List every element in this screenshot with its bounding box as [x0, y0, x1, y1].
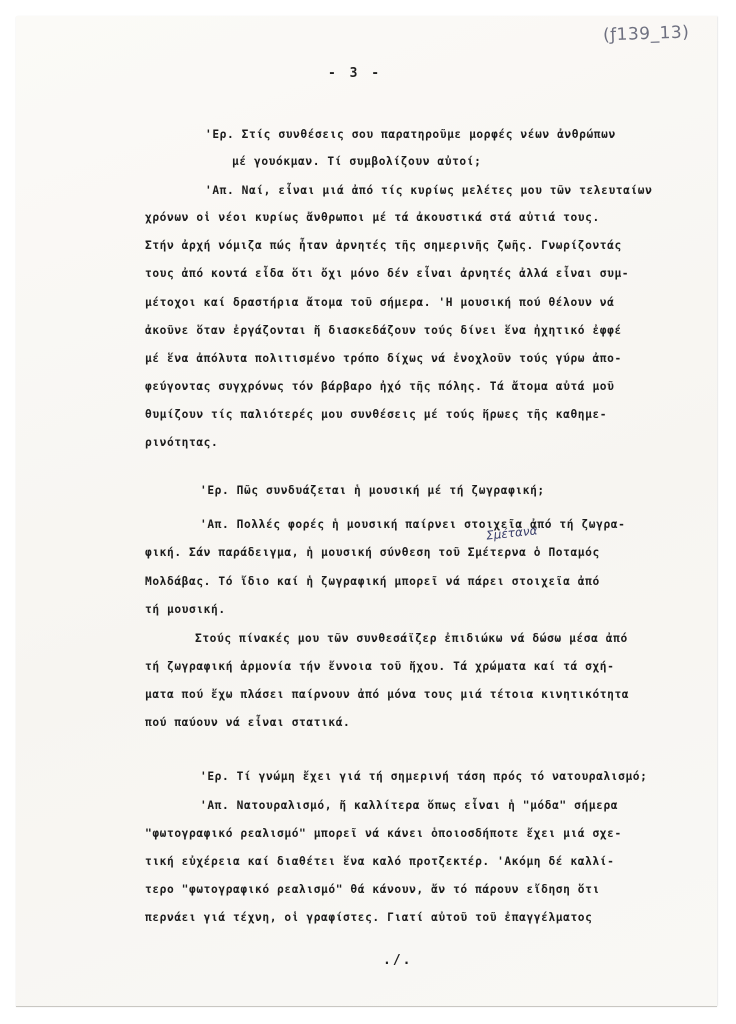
text-line: μέ γουόκμαν. Τί συμβολίζουν αὐτοί; [232, 155, 481, 169]
continuation-mark: ./. [383, 953, 412, 968]
text-line: 'Ερ. Στίς συνθέσεις σου παρατηροῦμε μορφ… [205, 128, 616, 142]
text-line: χρόνων οἱ νέοι κυρίως ἄνθρωποι μέ τά ἀκο… [145, 211, 600, 225]
text-line: 'Ερ. Πῶς συνδυάζεται ἡ μουσική μέ τή ζωγ… [200, 484, 545, 498]
text-line: τή ζωγραφική ἁρμονία τήν ἔννοια τοῦ ἤχου… [145, 660, 614, 674]
text-line: ρινότητας. [145, 436, 218, 450]
text-line: 'Απ. Ναί, εἶναι μιά ἀπό τίς κυρίως μελέτ… [205, 184, 652, 198]
text-line: μέ ἕνα ἀπόλυτα πολιτισμένο τρόπο δίχως ν… [145, 352, 622, 366]
text-line: ἀκοῦνε ὅταν ἐργάζονται ἤ διασκεδάζουν το… [145, 324, 622, 338]
text-line: Στούς πίνακές μου τῶν συνθεσάϊζερ ἐπιδιώ… [195, 632, 628, 646]
text-line: Μολδάβας. Τό ἴδιο καί ἡ ζωγραφική μπορεῖ… [145, 575, 600, 589]
text-line: τική εὐχέρεια καί διαθέτει ἕνα καλό προτ… [145, 855, 614, 869]
page-number: - 3 - [328, 66, 382, 81]
text-line: τή μουσική. [145, 603, 226, 617]
text-line: 'Ερ. Τί γνώμη ἔχει γιά τή σημερινή τάση … [200, 770, 647, 784]
archive-reference-note: (ƒ139_13) [603, 22, 690, 45]
text-line: ματα πού ἔχω πλάσει παίρνουν ἀπό μόνα το… [145, 688, 629, 702]
text-line: τερο "φωτογραφικό ρεαλισμό" θά κάνουν, ἄ… [145, 883, 600, 897]
text-line: φεύγοντας συγχρόνως τόν βάρβαρο ἠχό τῆς … [145, 380, 614, 394]
text-line: 'Απ. Νατουραλισμό, ἤ καλλίτερα ὅπως εἶνα… [200, 799, 618, 813]
text-line: περνάει γιά τέχνη, οἱ γραφίστες. Γιατί α… [145, 911, 592, 925]
text-line: φική. Σάν παράδειγμα, ἡ μουσική σύνθεση … [145, 546, 600, 560]
text-line: Στήν ἀρχή νόμιζα πώς ἦταν ἀρνητές τῆς ση… [145, 239, 622, 253]
text-line: "φωτογραφικό ρεαλισμό" μπορεῖ νά κάνει ὁ… [145, 827, 622, 841]
text-line: πού παύουν νά εἶναι στατικά. [145, 716, 350, 730]
text-line: θυμίζουν τίς παλιότερές μου συνθέσεις μέ… [145, 408, 607, 422]
text-line: μέτοχοι καί δραστήρια ἄτομα τοῦ σήμερα. … [145, 296, 614, 310]
text-line: 'Απ. Πολλές φορές ἡ μουσική παίρνει στοι… [200, 518, 625, 532]
text-line: τους ἀπό κοντά εἶδα ὅτι ὄχι μόνο δέν εἶν… [145, 267, 629, 281]
